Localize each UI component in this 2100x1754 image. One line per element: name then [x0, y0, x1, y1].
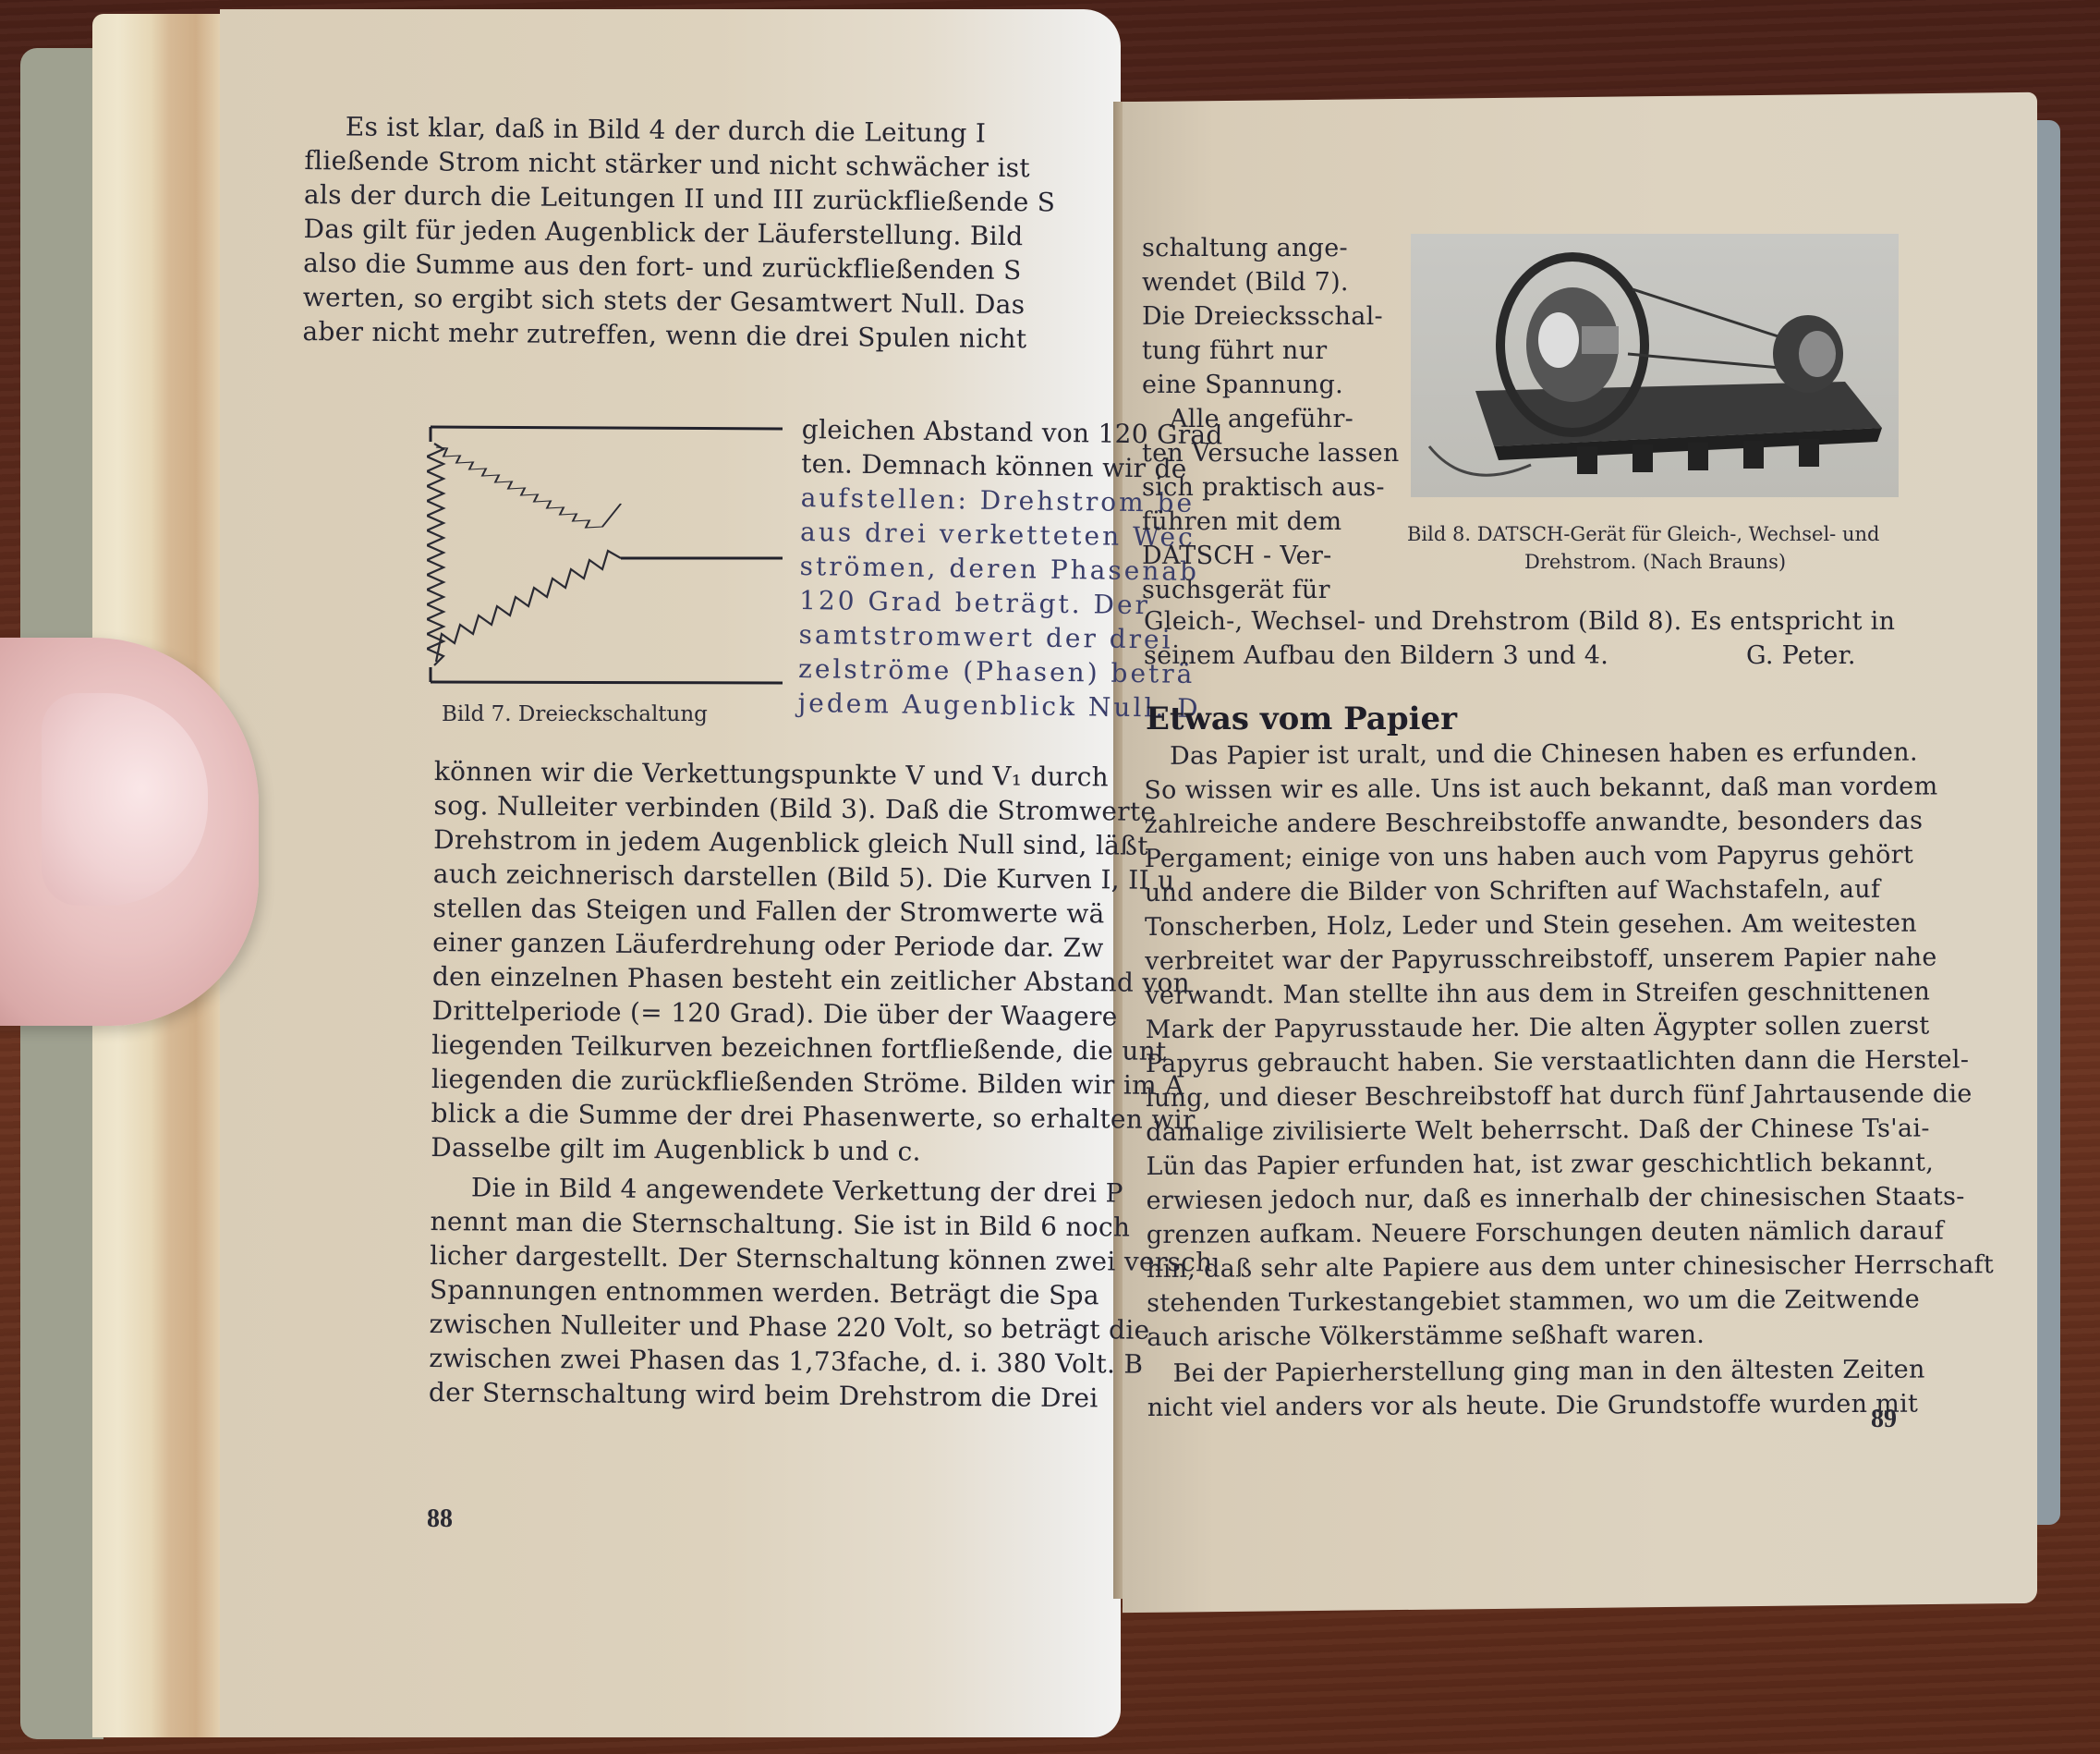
author-signature: G. Peter.	[1746, 639, 1856, 673]
figure-8-photo-datsch-device	[1411, 234, 1899, 497]
text-line: schaltung ange-	[1142, 231, 1400, 265]
article-body: Das Papier ist uralt, und die Chinesen h…	[1144, 735, 1995, 1425]
text-line: grenzen aufkam. Neuere Forschungen deute…	[1147, 1213, 1994, 1252]
text-line: stehenden Turkestangebiet stammen, wo um…	[1147, 1282, 1994, 1321]
text-line: verbreitet war der Papyrusschreibstoff, …	[1145, 940, 1992, 979]
left-page-number: 88	[427, 1504, 453, 1534]
text-line: eine Spannung.	[1142, 368, 1400, 402]
text-line: suchsgerät für	[1142, 573, 1400, 607]
text-line: Papyrus gebraucht haben. Sie verstaatlic…	[1146, 1042, 1993, 1081]
text-line: zahlreiche andere Beschreibstoffe anwand…	[1144, 803, 1991, 842]
author-name: G. Peter.	[1746, 639, 1856, 673]
text-line: Alle angeführ-	[1142, 402, 1400, 436]
wire-bottom	[431, 682, 783, 683]
figure-7-caption: Bild 7. Dreieckschaltung	[442, 702, 708, 726]
text-line: Mark der Papyrusstaude her. Die alten Äg…	[1146, 1008, 1993, 1047]
text-line: ten Versuche lassen	[1142, 436, 1400, 470]
text-line: hin, daß sehr alte Papiere aus dem unter…	[1147, 1248, 1994, 1286]
text-line: führen mit dem	[1142, 505, 1400, 539]
text-line: DATSCH - Ver-	[1142, 539, 1400, 573]
resistor-coils	[427, 444, 621, 665]
text-line: der Sternschaltung wird beim Drehstrom d…	[429, 1375, 1212, 1416]
text-line: Pergament; einige von uns haben auch vom…	[1145, 837, 1992, 876]
text-line: lung, und dieser Beschreibstoff hat durc…	[1146, 1077, 1993, 1115]
thumbnail	[42, 693, 208, 906]
text-line: Tonscherben, Holz, Leder und Stein geseh…	[1145, 906, 1992, 944]
text-line: So wissen wir es alle. Uns ist auch beka…	[1144, 769, 1991, 808]
text-line: sich praktisch aus-	[1142, 470, 1400, 505]
right-page-number: 89	[1871, 1405, 1897, 1434]
text-line: damalige zivilisierte Welt beherrscht. D…	[1146, 1111, 1993, 1150]
right-page-side-column: schaltung ange- wendet (Bild 7). Die Dre…	[1142, 231, 1400, 607]
figure-8-caption-line1: Bild 8. DATSCH-Gerät für Gleich-, Wechse…	[1407, 523, 1879, 545]
text-line: erwiesen jedoch nur, daß es innerhalb de…	[1147, 1179, 1994, 1218]
text-line: Die Dreiecksschal-	[1142, 299, 1400, 334]
text-line: Dasselbe gilt im Augenblick b und c.	[431, 1130, 1214, 1171]
text-line: auch arische Völkerstämme seßhaft waren.	[1147, 1316, 1994, 1355]
text-line: wendet (Bild 7).	[1142, 265, 1400, 299]
text-line: Bei der Papierherstellung ging man in de…	[1147, 1352, 1994, 1391]
figure-8-caption-line2: Drehstrom. (Nach Brauns)	[1524, 551, 1786, 573]
text-line: tung führt nur	[1142, 334, 1400, 368]
text-line: nicht viel anders vor als heute. Die Gru…	[1147, 1386, 1995, 1425]
text-line: und andere die Bilder von Schriften auf …	[1145, 871, 1992, 910]
text-line: Lün das Papier erfunden hat, ist zwar ge…	[1146, 1145, 1993, 1184]
left-page-bottom-paragraph: können wir die Verkettungspunkte V und V…	[429, 754, 1217, 1416]
text-line: Das Papier ist uralt, und die Chinesen h…	[1144, 735, 1991, 773]
text-line: verwandt. Man stellte ihn aus dem in Str…	[1145, 974, 1992, 1013]
delta-circuit-diagram	[427, 420, 787, 688]
article-title: Etwas vom Papier	[1146, 700, 1457, 737]
left-page-top-paragraph: Es ist klar, daß in Bild 4 der durch die…	[302, 109, 1056, 357]
text-line: Gleich-, Wechsel- und Drehstrom (Bild 8)…	[1144, 604, 1895, 639]
